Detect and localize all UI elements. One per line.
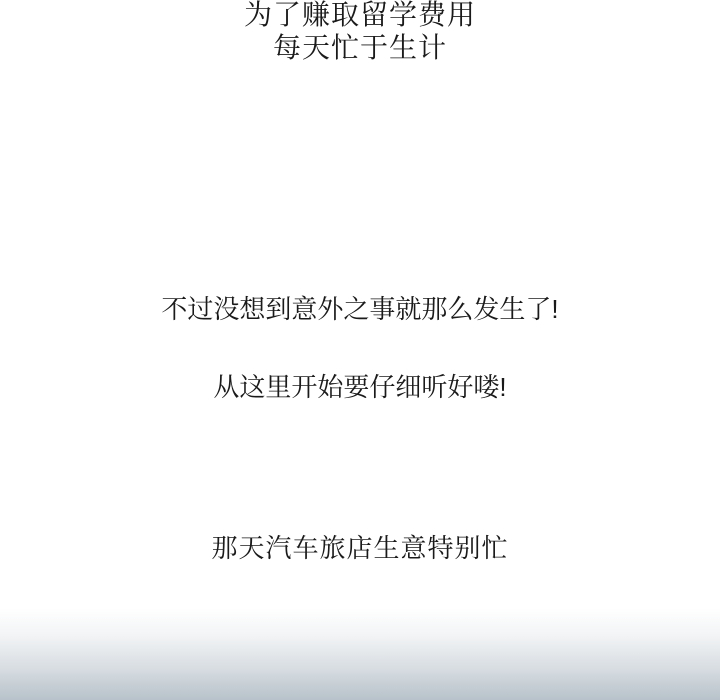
webtoon-page: 为了赚取留学费用 每天忙于生计 不过没想到意外之事就那么发生了! 从这里开始要仔… (0, 0, 720, 700)
caption-listen-up: 从这里开始要仔细听好喽! (0, 371, 720, 403)
panel-transition-gradient (0, 608, 720, 700)
caption-twist: 不过没想到意外之事就那么发生了! (0, 293, 720, 325)
caption-busy-day: 那天汽车旅店生意特别忙 (0, 532, 720, 564)
caption-intro: 为了赚取留学费用 每天忙于生计 (0, 0, 720, 64)
